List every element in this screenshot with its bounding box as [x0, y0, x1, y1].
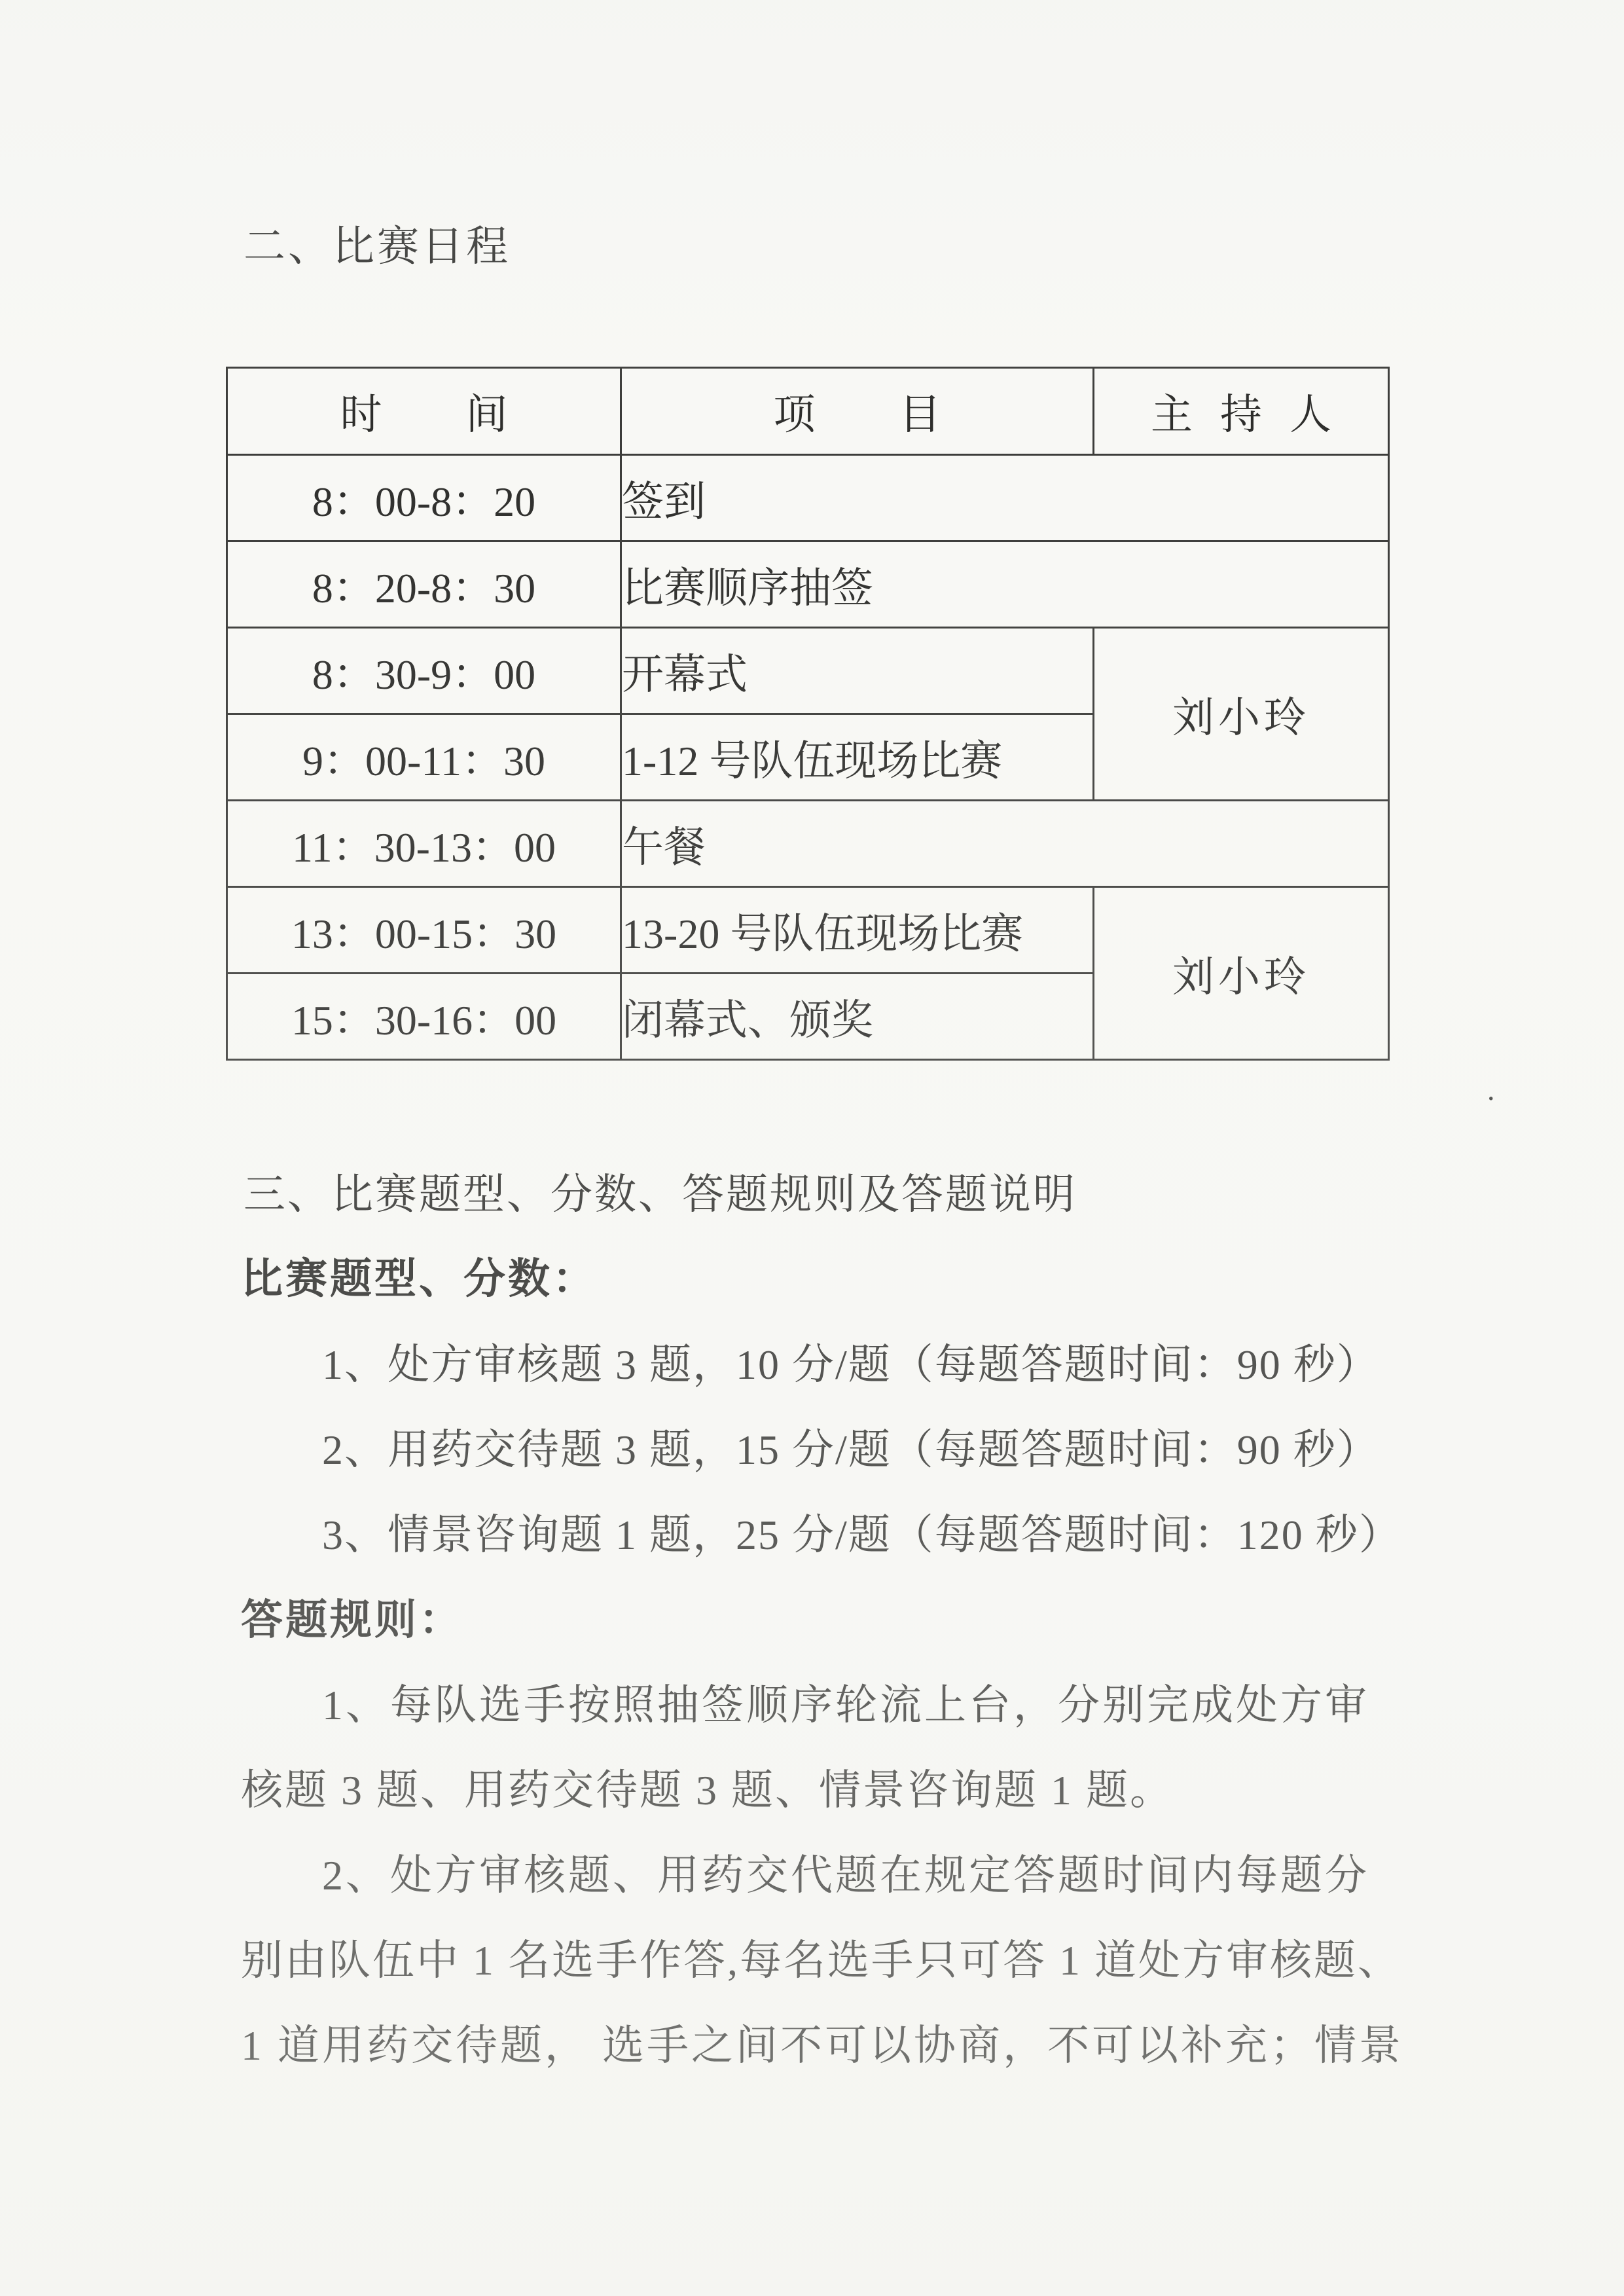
table-row: 8：00-8：20 签到	[227, 455, 1389, 541]
section3-title: 三、比赛题型、分数、答题规则及答题说明	[244, 1169, 1077, 1220]
cell-host: 刘小玲	[1094, 887, 1389, 1060]
cell-item: 签到	[621, 455, 1389, 541]
answer-rules-heading: 答题规则：	[241, 1595, 463, 1646]
cell-item: 13-20 号队伍现场比赛	[621, 887, 1094, 974]
question-type-item: 1、处方审核题 3 题，10 分/题（每题答题时间：90 秒）	[322, 1339, 1380, 1391]
cell-item: 1-12 号队伍现场比赛	[621, 714, 1094, 801]
table-row: 8：30-9：00 开幕式 刘小玲	[227, 628, 1389, 714]
rule2-line3: 1 道用药交待题， 选手之间不可以协商，不可以补充；情景	[241, 2020, 1403, 2071]
question-type-item: 3、情景咨询题 1 题，25 分/题（每题答题时间：120 秒）	[322, 1510, 1402, 1561]
scanned-document-page: 二、比赛日程 时 间 项 目 主 持 人 8：00-8：20 签到 8：20-8…	[0, 0, 1624, 2296]
scan-speck: .	[1487, 1072, 1495, 1107]
cell-time: 13：00-15：30	[227, 887, 621, 974]
cell-time: 11：30-13：00	[227, 801, 621, 887]
cell-time: 8：20-8：30	[227, 541, 621, 628]
header-host: 主 持 人	[1094, 368, 1389, 455]
question-type-item: 2、用药交待题 3 题，15 分/题（每题答题时间：90 秒）	[322, 1425, 1380, 1476]
table-row: 11：30-13：00 午餐	[227, 801, 1389, 887]
schedule-table: 时 间 项 目 主 持 人 8：00-8：20 签到 8：20-8：30 比赛顺…	[226, 367, 1390, 1061]
cell-time: 15：30-16：00	[227, 974, 621, 1060]
cell-item: 闭幕式、颁奖	[621, 974, 1094, 1060]
cell-time: 8：00-8：20	[227, 455, 621, 541]
cell-item: 比赛顺序抽签	[621, 541, 1389, 628]
rule2-line2: 别由队伍中 1 名选手作答,每名选手只可答 1 道处方审核题、	[241, 1935, 1401, 1986]
rule1-line2: 核题 3 题、用药交待题 3 题、情景咨询题 1 题。	[241, 1765, 1174, 1816]
cell-item: 开幕式	[621, 628, 1094, 714]
table-header-row: 时 间 项 目 主 持 人	[227, 368, 1389, 455]
table-row: 13：00-15：30 13-20 号队伍现场比赛 刘小玲	[227, 887, 1389, 974]
rule2-line1: 2、处方审核题、用药交代题在规定答题时间内每题分	[322, 1850, 1369, 1901]
table-row: 8：20-8：30 比赛顺序抽签	[227, 541, 1389, 628]
cell-item: 午餐	[621, 801, 1389, 887]
cell-time: 9：00-11：30	[227, 714, 621, 801]
cell-host: 刘小玲	[1094, 628, 1389, 801]
cell-time: 8：30-9：00	[227, 628, 621, 714]
section2-title: 二、比赛日程	[244, 221, 511, 272]
header-item: 项 目	[621, 368, 1094, 455]
header-time: 时 间	[227, 368, 621, 455]
rule1-line1: 1、每队选手按照抽签顺序轮流上台，分别完成处方审	[322, 1680, 1369, 1731]
question-types-heading: 比赛题型、分数：	[241, 1254, 597, 1305]
